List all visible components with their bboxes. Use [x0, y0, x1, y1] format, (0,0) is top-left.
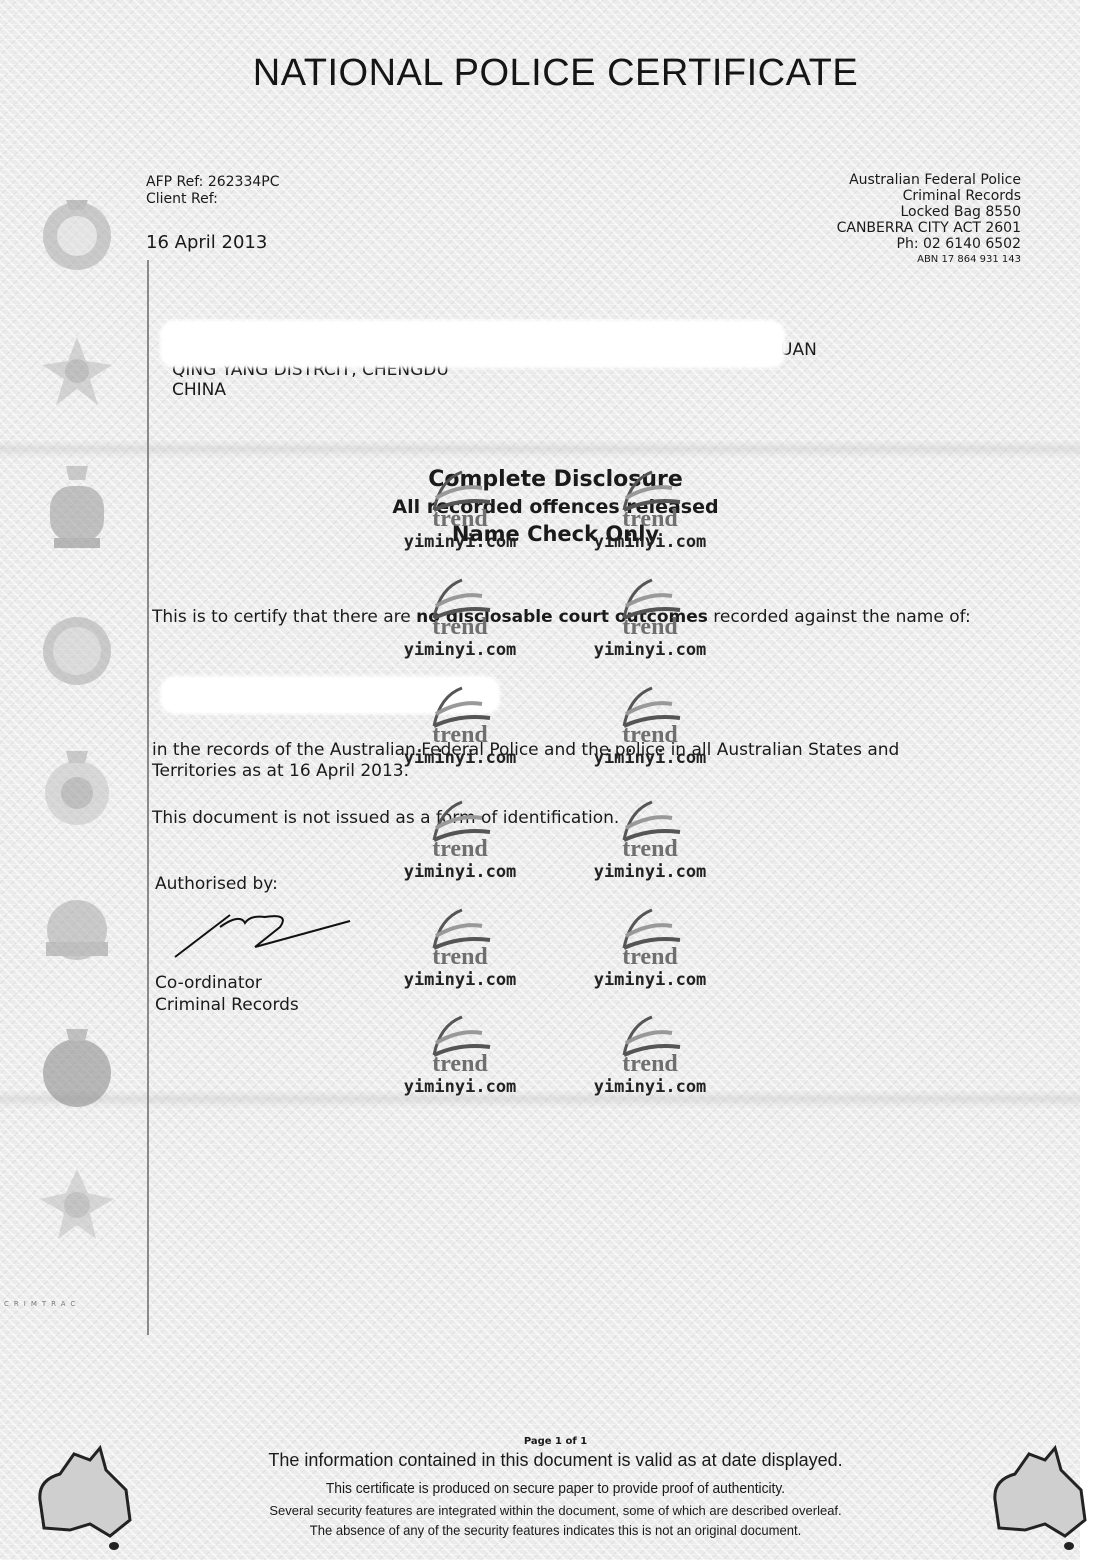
issuer-line: Australian Federal Police [837, 172, 1021, 188]
signature [170, 905, 360, 965]
recipient-address-country: CHINA [172, 380, 449, 400]
issuer-line: Criminal Records [837, 188, 1021, 204]
issuer-address: Australian Federal Police Criminal Recor… [837, 172, 1021, 268]
victoria-police-crest-icon [36, 325, 118, 413]
nt-police-crest-icon [36, 1155, 118, 1243]
margin-rule [147, 260, 149, 1335]
australia-map-icon [30, 1440, 140, 1550]
crimtrac-label: CRIMTRAC [4, 1300, 80, 1308]
afp-ref: AFP Ref: 262334PC [146, 174, 280, 191]
security-features-note: Several security features are integrated… [0, 1503, 1111, 1518]
client-ref: Client Ref: [146, 191, 280, 208]
check-type: Name Check Only [0, 520, 1111, 548]
paper-fold [0, 1090, 1080, 1108]
reference-block: AFP Ref: 262334PC Client Ref: [146, 174, 280, 208]
nsw-police-crest-icon [36, 605, 118, 693]
disclosure-block: Complete Disclosure All recorded offence… [0, 466, 1111, 548]
absence-warning: The absence of any of the security featu… [39, 1522, 1072, 1538]
signer-title: Co-ordinator Criminal Records [155, 972, 299, 1016]
disclosure-subheading: All recorded offences released [0, 494, 1111, 520]
disclosure-heading: Complete Disclosure [0, 466, 1111, 494]
queensland-police-crest-icon [36, 745, 118, 833]
certification-statement: This is to certify that there are no dis… [152, 607, 982, 628]
wa-police-crest-icon [36, 462, 118, 550]
afp-crest-icon [36, 190, 118, 278]
issuer-phone: Ph: 02 6140 6502 [837, 236, 1021, 252]
issue-date: 16 April 2013 [146, 232, 267, 253]
australia-map-icon [985, 1440, 1095, 1550]
paper-fold [0, 440, 1080, 458]
sa-police-crest-icon [36, 888, 118, 976]
recipient-address-suffix: UAN [780, 340, 817, 360]
page-number: Page 1 of 1 [0, 1436, 1111, 1447]
validity-note: The information contained in this docume… [0, 1450, 1111, 1471]
secure-paper-note: This certificate is produced on secure p… [44, 1480, 1066, 1497]
records-statement: in the records of the Australian Federal… [152, 740, 982, 782]
tasmania-police-crest-icon [36, 1025, 118, 1113]
name-redaction [160, 676, 500, 714]
identification-note: This document is not issued as a form of… [152, 808, 982, 829]
issuer-line: CANBERRA CITY ACT 2601 [837, 220, 1021, 236]
address-redaction [160, 320, 785, 368]
authorised-by-label: Authorised by: [155, 874, 278, 894]
issuer-abn: ABN 17 864 931 143 [837, 252, 1021, 268]
no-outcomes-phrase: no disclosable court outcomes [416, 607, 708, 627]
issuer-line: Locked Bag 8550 [837, 204, 1021, 220]
certificate-title: NATIONAL POLICE CERTIFICATE [0, 52, 1111, 95]
